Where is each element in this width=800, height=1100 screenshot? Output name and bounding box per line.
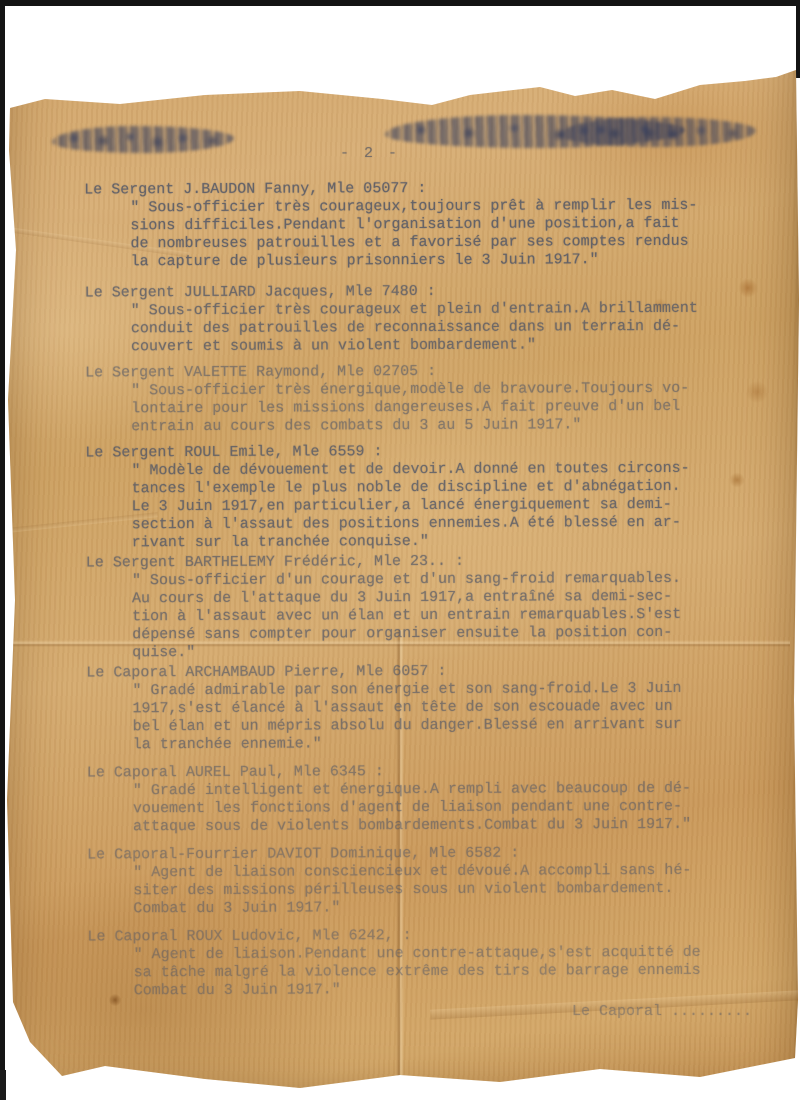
citation-block: Le Caporal AUREL Paul, Mle 6345 : " Grad…: [87, 762, 759, 837]
scanner-edge-bottom: [0, 1070, 6, 1100]
aged-paper-sheet: - 2 - Le Sergent J.BAUDON Fanny, Mle 050…: [0, 0, 800, 1100]
citation-body: " Gradé admirable par son énergie et son…: [132, 680, 758, 755]
citation-body: " Sous-officier très énergique,modèle de…: [131, 380, 757, 437]
citation-block: Le Sergent BARTHELEMY Frédéric, Mle 23..…: [86, 552, 758, 663]
citation-block: Le Sergent JULLIARD Jacques, Mle 7480 : …: [85, 282, 757, 357]
citation-body: " Sous-officier très courageux,toujours …: [130, 197, 756, 272]
typewritten-text-layer: Le Sergent J.BAUDON Fanny, Mle 05077 : "…: [84, 179, 760, 1001]
citation-body: " Gradé intelligent et énergique.A rempl…: [133, 780, 759, 837]
citation-block: Le Caporal-Fourrier DAVIOT Dominique, Ml…: [87, 844, 759, 919]
citation-body: " Sous-officier très courageux et plein …: [131, 300, 757, 357]
citation-body: " Modèle de dévouement et de devoir.A do…: [131, 460, 757, 553]
citation-body: " Agent de liaison consciencieux et dévo…: [133, 862, 759, 919]
citation-block: Le Caporal ARCHAMBAUD Pierre, Mle 6057 :…: [86, 662, 758, 755]
page-number: - 2 -: [340, 145, 460, 162]
citation-body: " Agent de liaison.Pendant une contre-at…: [134, 944, 760, 1001]
ink-smudge-left: [52, 126, 234, 153]
citation-block: Le Sergent J.BAUDON Fanny, Mle 05077 : "…: [84, 179, 756, 272]
citation-block: Le Sergent VALETTE Raymond, Mle 02705 : …: [85, 362, 757, 437]
scanner-edge-left: [0, 0, 5, 1100]
scanner-edge-top: [0, 0, 800, 6]
scanner-edge-right: [796, 0, 800, 78]
signature-line: Le Caporal .........: [572, 1003, 752, 1020]
citation-body: " Sous-officier d'un courage et d'un san…: [132, 570, 758, 663]
citation-block: Le Sergent ROUL Emile, Mle 6559 : " Modè…: [85, 442, 757, 553]
ink-smudge-right: [560, 117, 756, 147]
citation-block: Le Caporal ROUX Ludovic, Mle 6242, : " A…: [87, 926, 759, 1001]
